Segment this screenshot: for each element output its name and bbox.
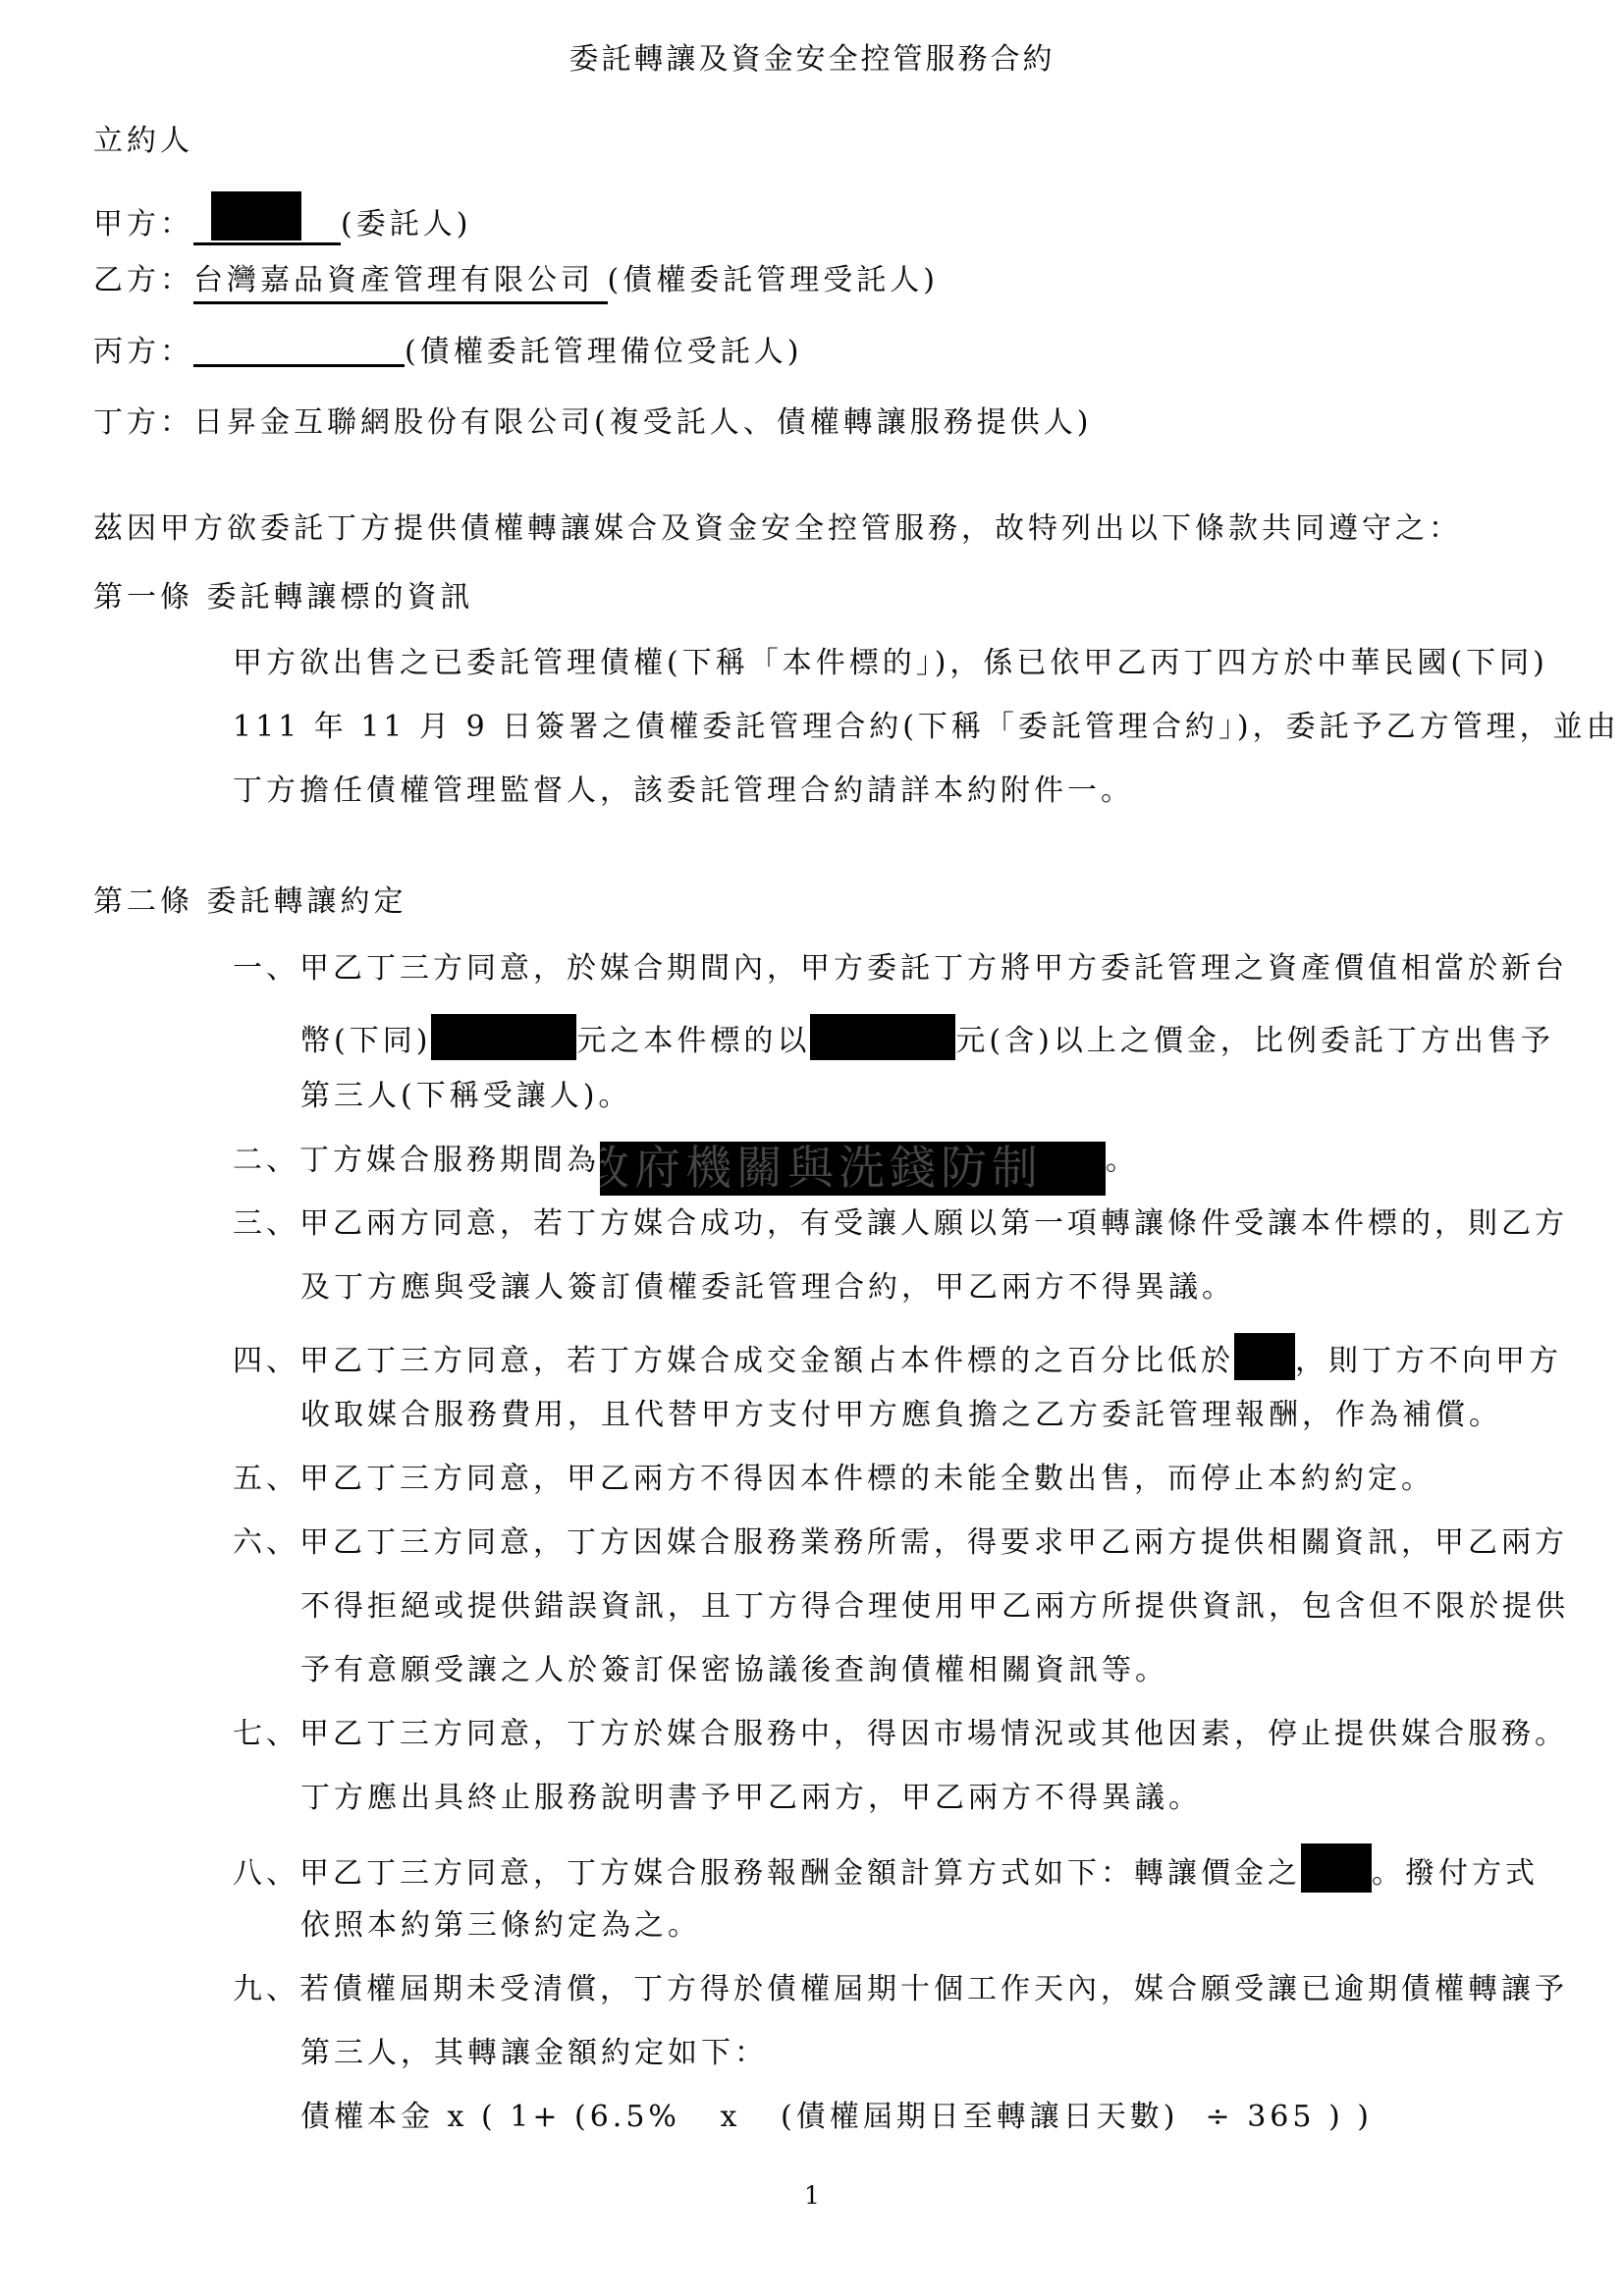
redacted-percentage [1234, 1333, 1295, 1380]
article-2-item-4-line-2: 收取媒合服務費用，且代替甲方支付甲方應負擔之乙方委託管理報酬，作為補償。 [300, 1397, 1502, 1434]
article-2-item-9-line-1: 九、若債權屆期未受清償，丁方得於債權屆期十個工作天內，媒合願受讓已逾期債權轉讓予 [233, 1971, 1568, 2008]
preamble: 茲因甲方欲委託丁方提供債權轉讓媒合及資金安全控管服務，故特列出以下條款共同遵守之… [93, 510, 1462, 548]
article-1-para-line-3: 丁方擔任債權管理監督人，該委託管理合約請詳本約附件一。 [233, 773, 1134, 810]
party-a-redacted-name-box [211, 191, 301, 240]
watermark-text: 政府機關與洗錢防制 [600, 1150, 1043, 1188]
item-1-text-2c: 元(含)以上之價金，比例委託丁方出售予 [955, 1024, 1553, 1058]
article-1-para-line-2: 111 年 11 月 9 日簽署之債權委託管理合約(下稱「委託管理合約」)，委託… [233, 709, 1620, 746]
article-1-heading-text: 第一條 委託轉讓標的資訊 [93, 580, 474, 614]
party-b-prefix: 乙方： [93, 263, 193, 297]
party-a-redacted-name [193, 191, 341, 245]
article-2-item-6-line-1: 六、甲乙丁三方同意，丁方因媒合服務業務所需，得要求甲乙兩方提供相關資訊，甲乙兩方 [233, 1524, 1568, 1562]
item-6-text-1: 六、甲乙丁三方同意，丁方因媒合服務業務所需，得要求甲乙兩方提供相關資訊，甲乙兩方 [233, 1525, 1568, 1560]
contract-title: 委託轉讓及資金安全控管服務合約 [0, 41, 1624, 79]
article-1-text-1: 甲方欲出售之已委託管理債權(下稱「本件標的」)，係已依甲乙丙丁四方於中華民國(下… [233, 646, 1548, 680]
party-b-line: 乙方：台灣嘉品資產管理有限公司 (債權委託管理受託人) [93, 262, 939, 299]
item-7-text-1: 七、甲乙丁三方同意，丁方於媒合服務中，得因市場情況或其他因素，停止提供媒合服務。 [233, 1717, 1568, 1751]
transfer-amount-formula: 債權本金 x ( 1+ (6.5% x (債權屆期日至轉讓日天數) ÷ 365 … [300, 2099, 1373, 2136]
party-c-prefix: 丙方： [93, 335, 193, 369]
article-1-text-2: 111 年 11 月 9 日簽署之債權委託管理合約(下稱「委託管理合約」)，委託… [233, 710, 1620, 744]
parties-label-text: 立約人 [93, 124, 193, 158]
item-7-text-2: 丁方應出具終止服務說明書予甲乙兩方，甲乙兩方不得異議。 [300, 1781, 1202, 1815]
item-9-text-2: 第三人，其轉讓金額約定如下： [300, 2036, 768, 2070]
item-1-text-3: 第三人(下稱受讓人)。 [300, 1079, 631, 1113]
article-2-item-7-line-2: 丁方應出具終止服務說明書予甲乙兩方，甲乙兩方不得異議。 [300, 1780, 1202, 1817]
item-6-text-2: 不得拒絕或提供錯誤資訊，且丁方得合理使用甲乙兩方所提供資訊，包含但不限於提供 [300, 1589, 1569, 1624]
article-2-item-5-line-1: 五、甲乙丁三方同意，甲乙兩方不得因本件標的未能全數出售，而停止本約約定。 [233, 1461, 1435, 1498]
article-2-item-8-line-2: 依照本約第三條約定為之。 [300, 1907, 701, 1945]
item-6-text-3: 予有意願受讓之人於簽訂保密協議後查詢債權相關資訊等。 [300, 1653, 1168, 1687]
item-9-text-1: 九、若債權屆期未受清償，丁方得於債權屆期十個工作天內，媒合願受讓已逾期債權轉讓予 [233, 1972, 1568, 2006]
item-1-text-2a: 幣(下同) [300, 1024, 431, 1058]
item-3-text-2: 及丁方應與受讓人簽訂債權委託管理合約，甲乙兩方不得異議。 [300, 1270, 1235, 1305]
item-3-text-1: 三、甲乙兩方同意，若丁方媒合成功，有受讓人願以第一項轉讓條件受讓本件標的，則乙方 [233, 1206, 1568, 1241]
article-2-item-7-line-1: 七、甲乙丁三方同意，丁方於媒合服務中，得因市場情況或其他因素，停止提供媒合服務。 [233, 1716, 1568, 1753]
redacted-service-period: 政府機關與洗錢防制 [600, 1142, 1106, 1196]
party-a-line: 甲方：(委託人) [93, 191, 471, 245]
party-b-role: (債權委託管理受託人) [608, 263, 939, 297]
article-2-item-6-line-2: 不得拒絕或提供錯誤資訊，且丁方得合理使用甲乙兩方所提供資訊，包含但不限於提供 [300, 1588, 1569, 1626]
item-1-text-1: 一、甲乙丁三方同意，於媒合期間內，甲方委託丁方將甲方委託管理之資產價值相當於新台 [233, 951, 1568, 986]
party-c-line: 丙方：(債權委託管理備位受託人) [93, 334, 802, 371]
redacted-asset-amount [431, 1014, 576, 1060]
item-1-text-2b: 元之本件標的以 [576, 1024, 810, 1058]
item-8-text-1: 八、甲乙丁三方同意，丁方媒合服務報酬金額計算方式如下：轉讓價金之 [233, 1856, 1301, 1891]
article-2-item-8-line-1: 八、甲乙丁三方同意，丁方媒合服務報酬金額計算方式如下：轉讓價金之。撥付方式 [233, 1843, 1539, 1893]
party-c-role: (債權委託管理備位受託人) [405, 335, 802, 369]
formula-text: 債權本金 x ( 1+ (6.5% x (債權屆期日至轉讓日天數) ÷ 365 … [300, 2100, 1373, 2134]
article-2-heading-text: 第二條 委託轉讓約定 [93, 884, 407, 919]
party-a-role: (委託人) [341, 207, 471, 241]
item-5-text-1: 五、甲乙丁三方同意，甲乙兩方不得因本件標的未能全數出售，而停止本約約定。 [233, 1462, 1435, 1496]
item-2-text-1: 二、丁方媒合服務期間為 [233, 1144, 600, 1178]
party-d-text: 丁方：日昇金互聯網股份有限公司(複受託人、債權轉讓服務提供人) [93, 405, 1092, 440]
contract-page: 1 委託轉讓及資金安全控管服務合約立約人甲方：(委託人)乙方：台灣嘉品資產管理有… [0, 0, 1624, 2296]
party-a-prefix: 甲方： [93, 207, 193, 241]
redacted-price-floor [810, 1014, 955, 1060]
item-4-text-2: ，則丁方不向甲方 [1295, 1344, 1562, 1378]
item-8-text-2: 。撥付方式 [1372, 1856, 1539, 1891]
party-c-blank [193, 335, 405, 367]
article-2-item-2-line-1: 二、丁方媒合服務期間為政府機關與洗錢防制。 [233, 1142, 1139, 1196]
article-2-item-6-line-3: 予有意願受讓之人於簽訂保密協議後查詢債權相關資訊等。 [300, 1652, 1168, 1689]
article-2-item-1-line-3: 第三人(下稱受讓人)。 [300, 1078, 631, 1115]
item-4-text-1: 四、甲乙丁三方同意，若丁方媒合成交金額占本件標的之百分比低於 [233, 1344, 1234, 1378]
article-1-text-3: 丁方擔任債權管理監督人，該委託管理合約請詳本約附件一。 [233, 774, 1134, 808]
page-number: 1 [0, 2181, 1624, 2210]
item-2-text-2: 。 [1106, 1144, 1139, 1178]
item-8-text-3: 依照本約第三條約定為之。 [300, 1908, 701, 1943]
parties-label: 立約人 [93, 123, 193, 160]
article-2-item-1-line-1: 一、甲乙丁三方同意，於媒合期間內，甲方委託丁方將甲方委託管理之資產價值相當於新台 [233, 950, 1568, 988]
title-text: 委託轉讓及資金安全控管服務合約 [569, 42, 1056, 77]
party-b-company: 台灣嘉品資產管理有限公司 [193, 263, 608, 304]
article-2-heading: 第二條 委託轉讓約定 [93, 883, 407, 921]
article-2-item-3-line-2: 及丁方應與受讓人簽訂債權委託管理合約，甲乙兩方不得異議。 [300, 1269, 1235, 1307]
item-4-text-3: 收取媒合服務費用，且代替甲方支付甲方應負擔之乙方委託管理報酬，作為補償。 [300, 1398, 1502, 1432]
redacted-fee-rate [1301, 1843, 1372, 1893]
article-2-item-1-line-2: 幣(下同)元之本件標的以元(含)以上之價金，比例委託丁方出售予 [300, 1014, 1554, 1060]
article-2-item-9-line-2: 第三人，其轉讓金額約定如下： [300, 2035, 768, 2072]
article-1-heading: 第一條 委託轉讓標的資訊 [93, 579, 474, 616]
party-d-line: 丁方：日昇金互聯網股份有限公司(複受託人、債權轉讓服務提供人) [93, 404, 1092, 442]
article-1-para-line-1: 甲方欲出售之已委託管理債權(下稱「本件標的」)，係已依甲乙丙丁四方於中華民國(下… [233, 645, 1548, 682]
article-2-item-4-line-1: 四、甲乙丁三方同意，若丁方媒合成交金額占本件標的之百分比低於，則丁方不向甲方 [233, 1333, 1562, 1380]
article-2-item-3-line-1: 三、甲乙兩方同意，若丁方媒合成功，有受讓人願以第一項轉讓條件受讓本件標的，則乙方 [233, 1205, 1568, 1243]
preamble-text: 茲因甲方欲委託丁方提供債權轉讓媒合及資金安全控管服務，故特列出以下條款共同遵守之… [93, 511, 1462, 546]
